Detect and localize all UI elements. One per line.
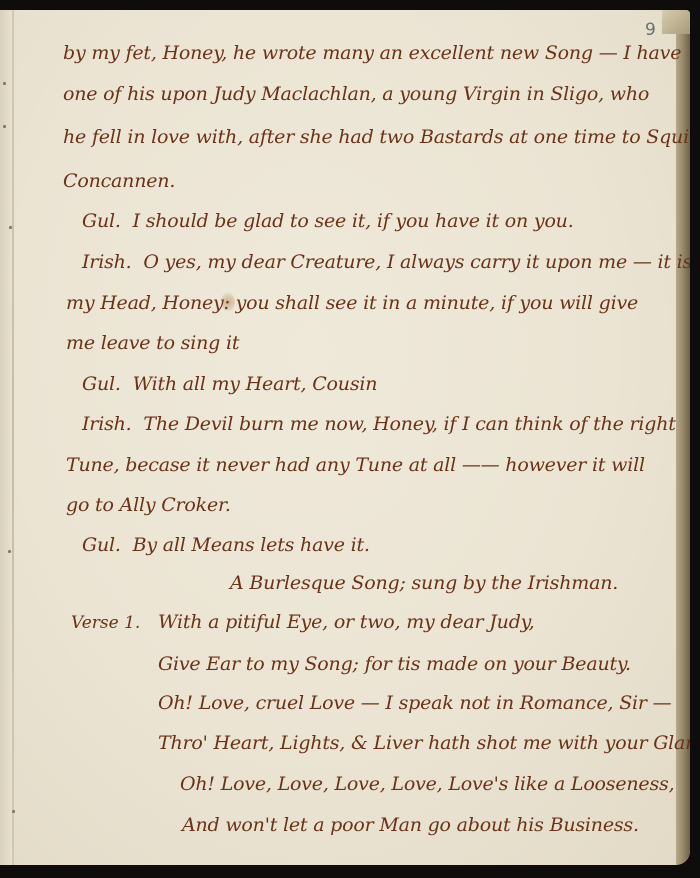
line-text: my Head, Honey: you shall see it in a mi… bbox=[66, 292, 638, 314]
manuscript-line: he fell in love with, after she had two … bbox=[63, 126, 690, 148]
dialogue-line: Irish. The Devil burn me now, Honey, if … bbox=[82, 413, 676, 435]
scan-frame: 9 by my fet, Honey, he wrote many an exc… bbox=[0, 0, 700, 878]
speaker-name: Gul. bbox=[82, 534, 121, 556]
manuscript-line: me leave to sing it bbox=[66, 332, 239, 354]
verse-label: Verse 1. bbox=[71, 613, 140, 633]
line-text: he fell in love with, after she had two … bbox=[63, 126, 690, 148]
song-line: With a pitiful Eye, or two, my dear Judy… bbox=[158, 611, 535, 633]
gutter-fold-line bbox=[12, 10, 14, 865]
dialogue-line: Irish. O yes, my dear Creature, I always… bbox=[82, 251, 690, 273]
line-text: one of his upon Judy Maclachlan, a young… bbox=[63, 83, 649, 105]
line-text: By all Means lets have it. bbox=[133, 534, 370, 556]
margin-mark bbox=[8, 550, 11, 553]
manuscript-line: by my fet, Honey, he wrote many an excel… bbox=[63, 42, 681, 64]
song-line: Thro' Heart, Lights, & Liver hath shot m… bbox=[158, 732, 690, 754]
manuscript-line: Concannen. bbox=[63, 170, 175, 192]
line-text: O yes, my dear Creature, I always carry … bbox=[143, 251, 690, 273]
speaker-name: Gul. bbox=[82, 210, 121, 232]
folio-number: 9 bbox=[645, 20, 656, 40]
manuscript-page: 9 by my fet, Honey, he wrote many an exc… bbox=[0, 10, 690, 865]
line-text: by my fet, Honey, he wrote many an excel… bbox=[63, 42, 681, 64]
line-text: With all my Heart, Cousin bbox=[133, 373, 378, 395]
margin-mark bbox=[12, 810, 15, 813]
speaker-name: Irish. bbox=[82, 413, 132, 435]
margin-mark bbox=[9, 226, 12, 229]
manuscript-line: Tune, becase it never had any Tune at al… bbox=[66, 454, 645, 476]
song-line: Oh! Love, cruel Love — I speak not in Ro… bbox=[158, 692, 671, 714]
margin-mark bbox=[3, 125, 6, 128]
dialogue-line: Gul. By all Means lets have it. bbox=[82, 534, 370, 556]
speaker-name: Gul. bbox=[82, 373, 121, 395]
manuscript-line: my Head, Honey: you shall see it in a mi… bbox=[66, 292, 638, 314]
line-text: me leave to sing it bbox=[66, 332, 239, 354]
dialogue-line: Gul. I should be glad to see it, if you … bbox=[82, 210, 574, 232]
line-text: Tune, becase it never had any Tune at al… bbox=[66, 454, 645, 476]
line-text: The Devil burn me now, Honey, if I can t… bbox=[143, 413, 675, 435]
binding-gutter bbox=[0, 10, 12, 865]
line-text: I should be glad to see it, if you have … bbox=[133, 210, 574, 232]
manuscript-line: go to Ally Croker. bbox=[66, 494, 231, 516]
song-line: And won't let a poor Man go about his Bu… bbox=[182, 814, 639, 836]
line-text: Concannen. bbox=[63, 170, 175, 192]
margin-mark bbox=[3, 82, 6, 85]
speaker-name: Irish. bbox=[82, 251, 132, 273]
line-text: go to Ally Croker. bbox=[66, 494, 231, 516]
dialogue-line: Gul. With all my Heart, Cousin bbox=[82, 373, 377, 395]
song-title: A Burlesque Song; sung by the Irishman. bbox=[230, 572, 618, 594]
song-line: Give Ear to my Song; for tis made on you… bbox=[158, 653, 631, 675]
page-corner bbox=[662, 10, 690, 34]
song-line: Oh! Love, Love, Love, Love, Love's like … bbox=[180, 773, 674, 795]
manuscript-line: one of his upon Judy Maclachlan, a young… bbox=[63, 83, 649, 105]
